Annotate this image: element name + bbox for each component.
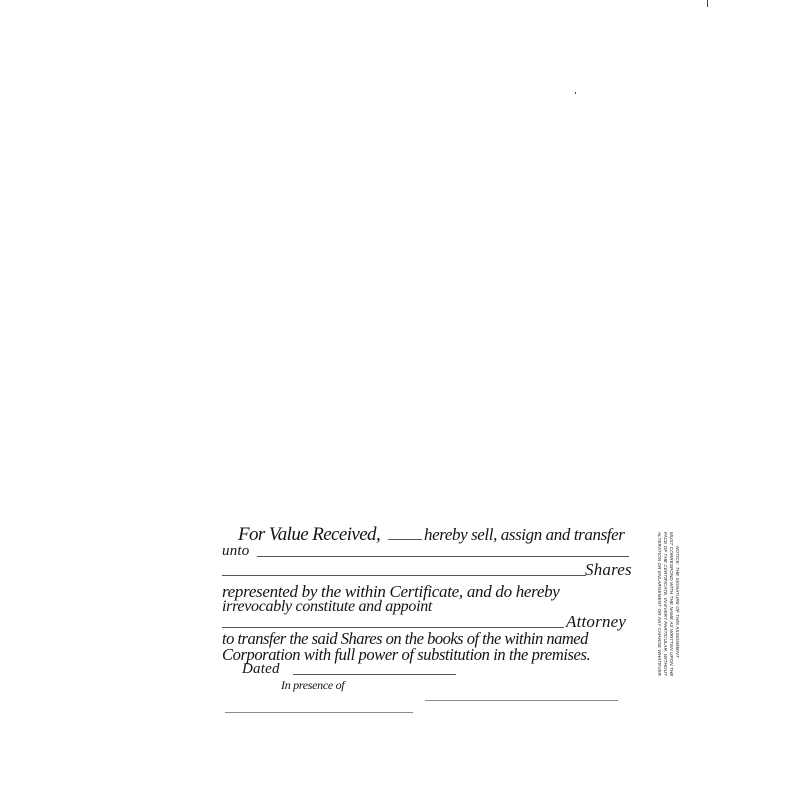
scan-mark-top <box>707 0 708 7</box>
assignee-field[interactable] <box>257 556 629 557</box>
date-field[interactable] <box>293 674 456 675</box>
signature-notice: NOTICE: THE SIGNATURE OF THIS ASSIGNMENT… <box>656 532 680 692</box>
shares-text: Shares <box>585 560 632 580</box>
in-presence-of-text: In presence of <box>281 678 344 693</box>
attorney-field[interactable] <box>222 627 564 628</box>
assignor-signature-field[interactable] <box>425 700 618 701</box>
dated-text: Dated <box>242 661 280 678</box>
notice-line-3: FACE OF THE CERTIFICATE, IN EVERY PARTIC… <box>662 532 668 692</box>
for-value-received-text: For Value Received, <box>238 524 380 546</box>
unto-text: unto <box>222 543 249 560</box>
hereby-sell-text: hereby sell, assign and transfer <box>424 525 624 545</box>
irrevocably-text: irrevocably constitute and appoint <box>222 598 432 616</box>
shares-count-field[interactable] <box>222 575 586 576</box>
assignor-field[interactable] <box>388 539 422 540</box>
notice-line-4: ALTERATION OR ENLARGEMENT OR ANY CHANGE … <box>656 532 662 692</box>
notice-line-2: MUST CORRESPOND WITH THE NAME AS WRITTEN… <box>668 532 674 692</box>
notice-line-1: NOTICE: THE SIGNATURE OF THIS ASSIGNMENT <box>674 532 680 692</box>
scan-mark-dot <box>575 92 576 94</box>
witness-signature-field[interactable] <box>225 712 413 713</box>
